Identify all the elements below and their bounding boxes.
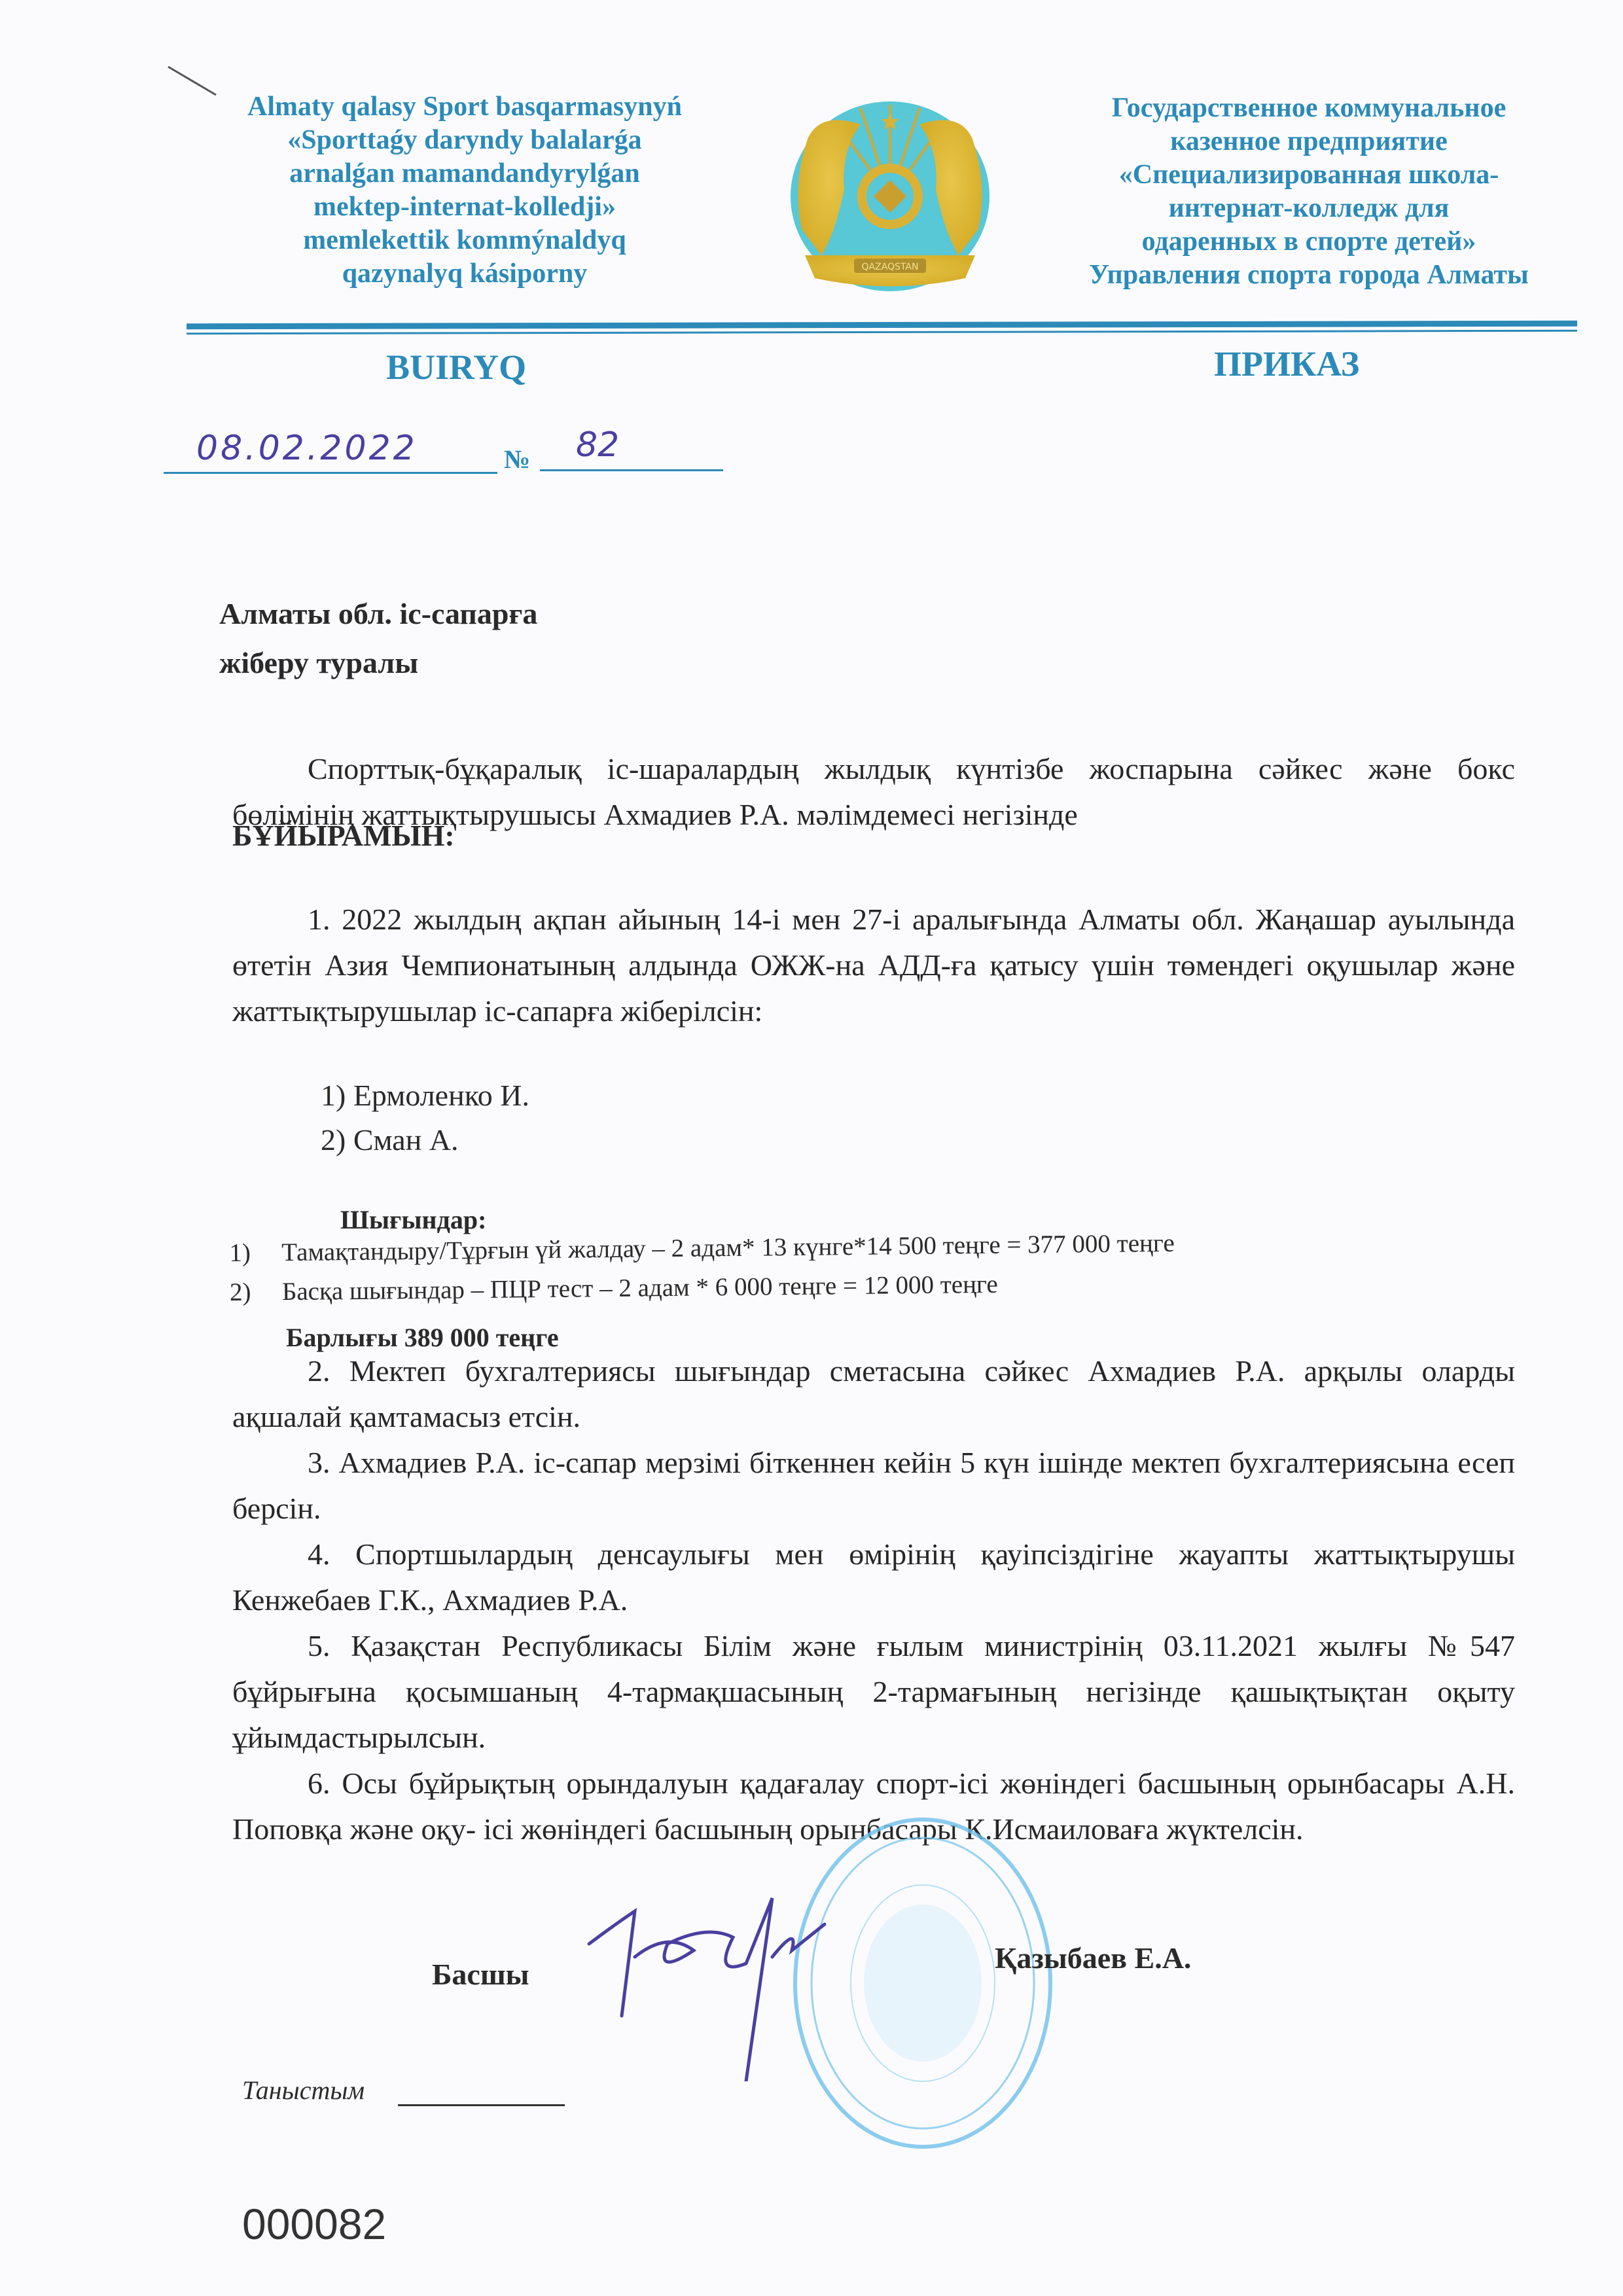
expenses-title: Шығындар: [340,1204,486,1235]
org-line: memlekettik kommýnaldyq [216,224,713,257]
org-line: Государственное коммунальное [1041,92,1577,125]
org-line: arnalǵan mamandandyrylǵan [216,157,713,190]
order-item: 2. Мектеп бухгалтериясы шығындар сметасы… [232,1348,1515,1440]
doc-title-kazakh: BUIRYQ [386,347,526,387]
participants-list: 1) Ермоленко И. 2) Сман А. [321,1073,529,1162]
org-name-kazakh: Almaty qalasy Sport basqarmasynyń «Sport… [216,90,713,291]
org-line: mektep-internat-kolledji» [216,190,713,224]
org-line: Управления спорта города Алматы [1041,259,1577,292]
acknowledged-line [398,2104,565,2106]
acknowledged-label: Таныстым [242,2075,365,2106]
org-line: «Sporttaǵy daryndy balalarǵa [216,124,713,157]
subject-line: жіберу туралы [219,638,537,687]
order-items: 2. Мектеп бухгалтериясы шығындар сметасы… [232,1348,1515,1852]
state-emblem-icon: QAZAQSTAN [782,98,998,301]
expense-num: 1) [229,1233,282,1273]
document-number: 000082 [242,2199,386,2249]
order-word: БҰЙЫРАМЫН: [232,818,455,853]
org-line: интернат-колледж для [1041,192,1577,225]
header-divider [187,321,1577,329]
expense-text: Тамақтандыру/Тұрғын үй жалдау – 2 адам* … [281,1229,1175,1266]
participant: 1) Ермоленко И. [321,1073,529,1118]
number-label: № [504,444,530,475]
org-line: казенное предприятие [1041,125,1577,158]
expense-num: 2) [230,1272,283,1312]
svg-text:QAZAQSTAN: QAZAQSTAN [862,262,919,272]
order-item: 5. Қазақстан Республикасы Білім және ғыл… [232,1623,1515,1761]
doc-title-russian: ПРИКАЗ [1214,344,1359,384]
subject-line: Алматы обл. іс-сапарға [219,589,537,638]
order-date: 08.02.2022 [196,429,418,468]
org-line: Almaty qalasy Sport basqarmasynyń [216,90,713,124]
order-item: 3. Ахмадиев Р.А. іс-сапар мерзімі біткен… [232,1440,1515,1532]
expense-text: Басқа шығындар – ПЦР тест – 2 адам * 6 0… [282,1270,998,1306]
header-divider-thin [187,330,1577,334]
order-item-1: 1. 2022 жылдың ақпан айының 14-і мен 27-… [232,897,1515,1034]
org-name-russian: Государственное коммунальное казенное пр… [1041,92,1577,292]
signature-icon [576,1885,903,2081]
participant: 2) Сман А. [321,1118,529,1162]
order-subject: Алматы обл. іс-сапарға жіберу туралы [219,589,537,687]
org-line: одаренных в спорте детей» [1041,225,1577,259]
order-item: 4. Спортшылардың денсаулығы мен өмірінің… [232,1532,1515,1623]
org-line: «Специализированная школа- [1041,158,1577,192]
signatory-title: Басшы [432,1957,529,1992]
order-number: 82 [576,425,619,465]
number-underline [540,469,723,471]
staple-mark-icon [167,65,219,98]
expenses-list: 1)Тамақтандыру/Тұрғын үй жалдау – 2 адам… [229,1224,1175,1312]
date-underline [164,472,497,474]
signatory-name: Қазыбаев Е.А. [995,1941,1191,1975]
org-line: qazynalyq kásiporny [216,257,713,291]
